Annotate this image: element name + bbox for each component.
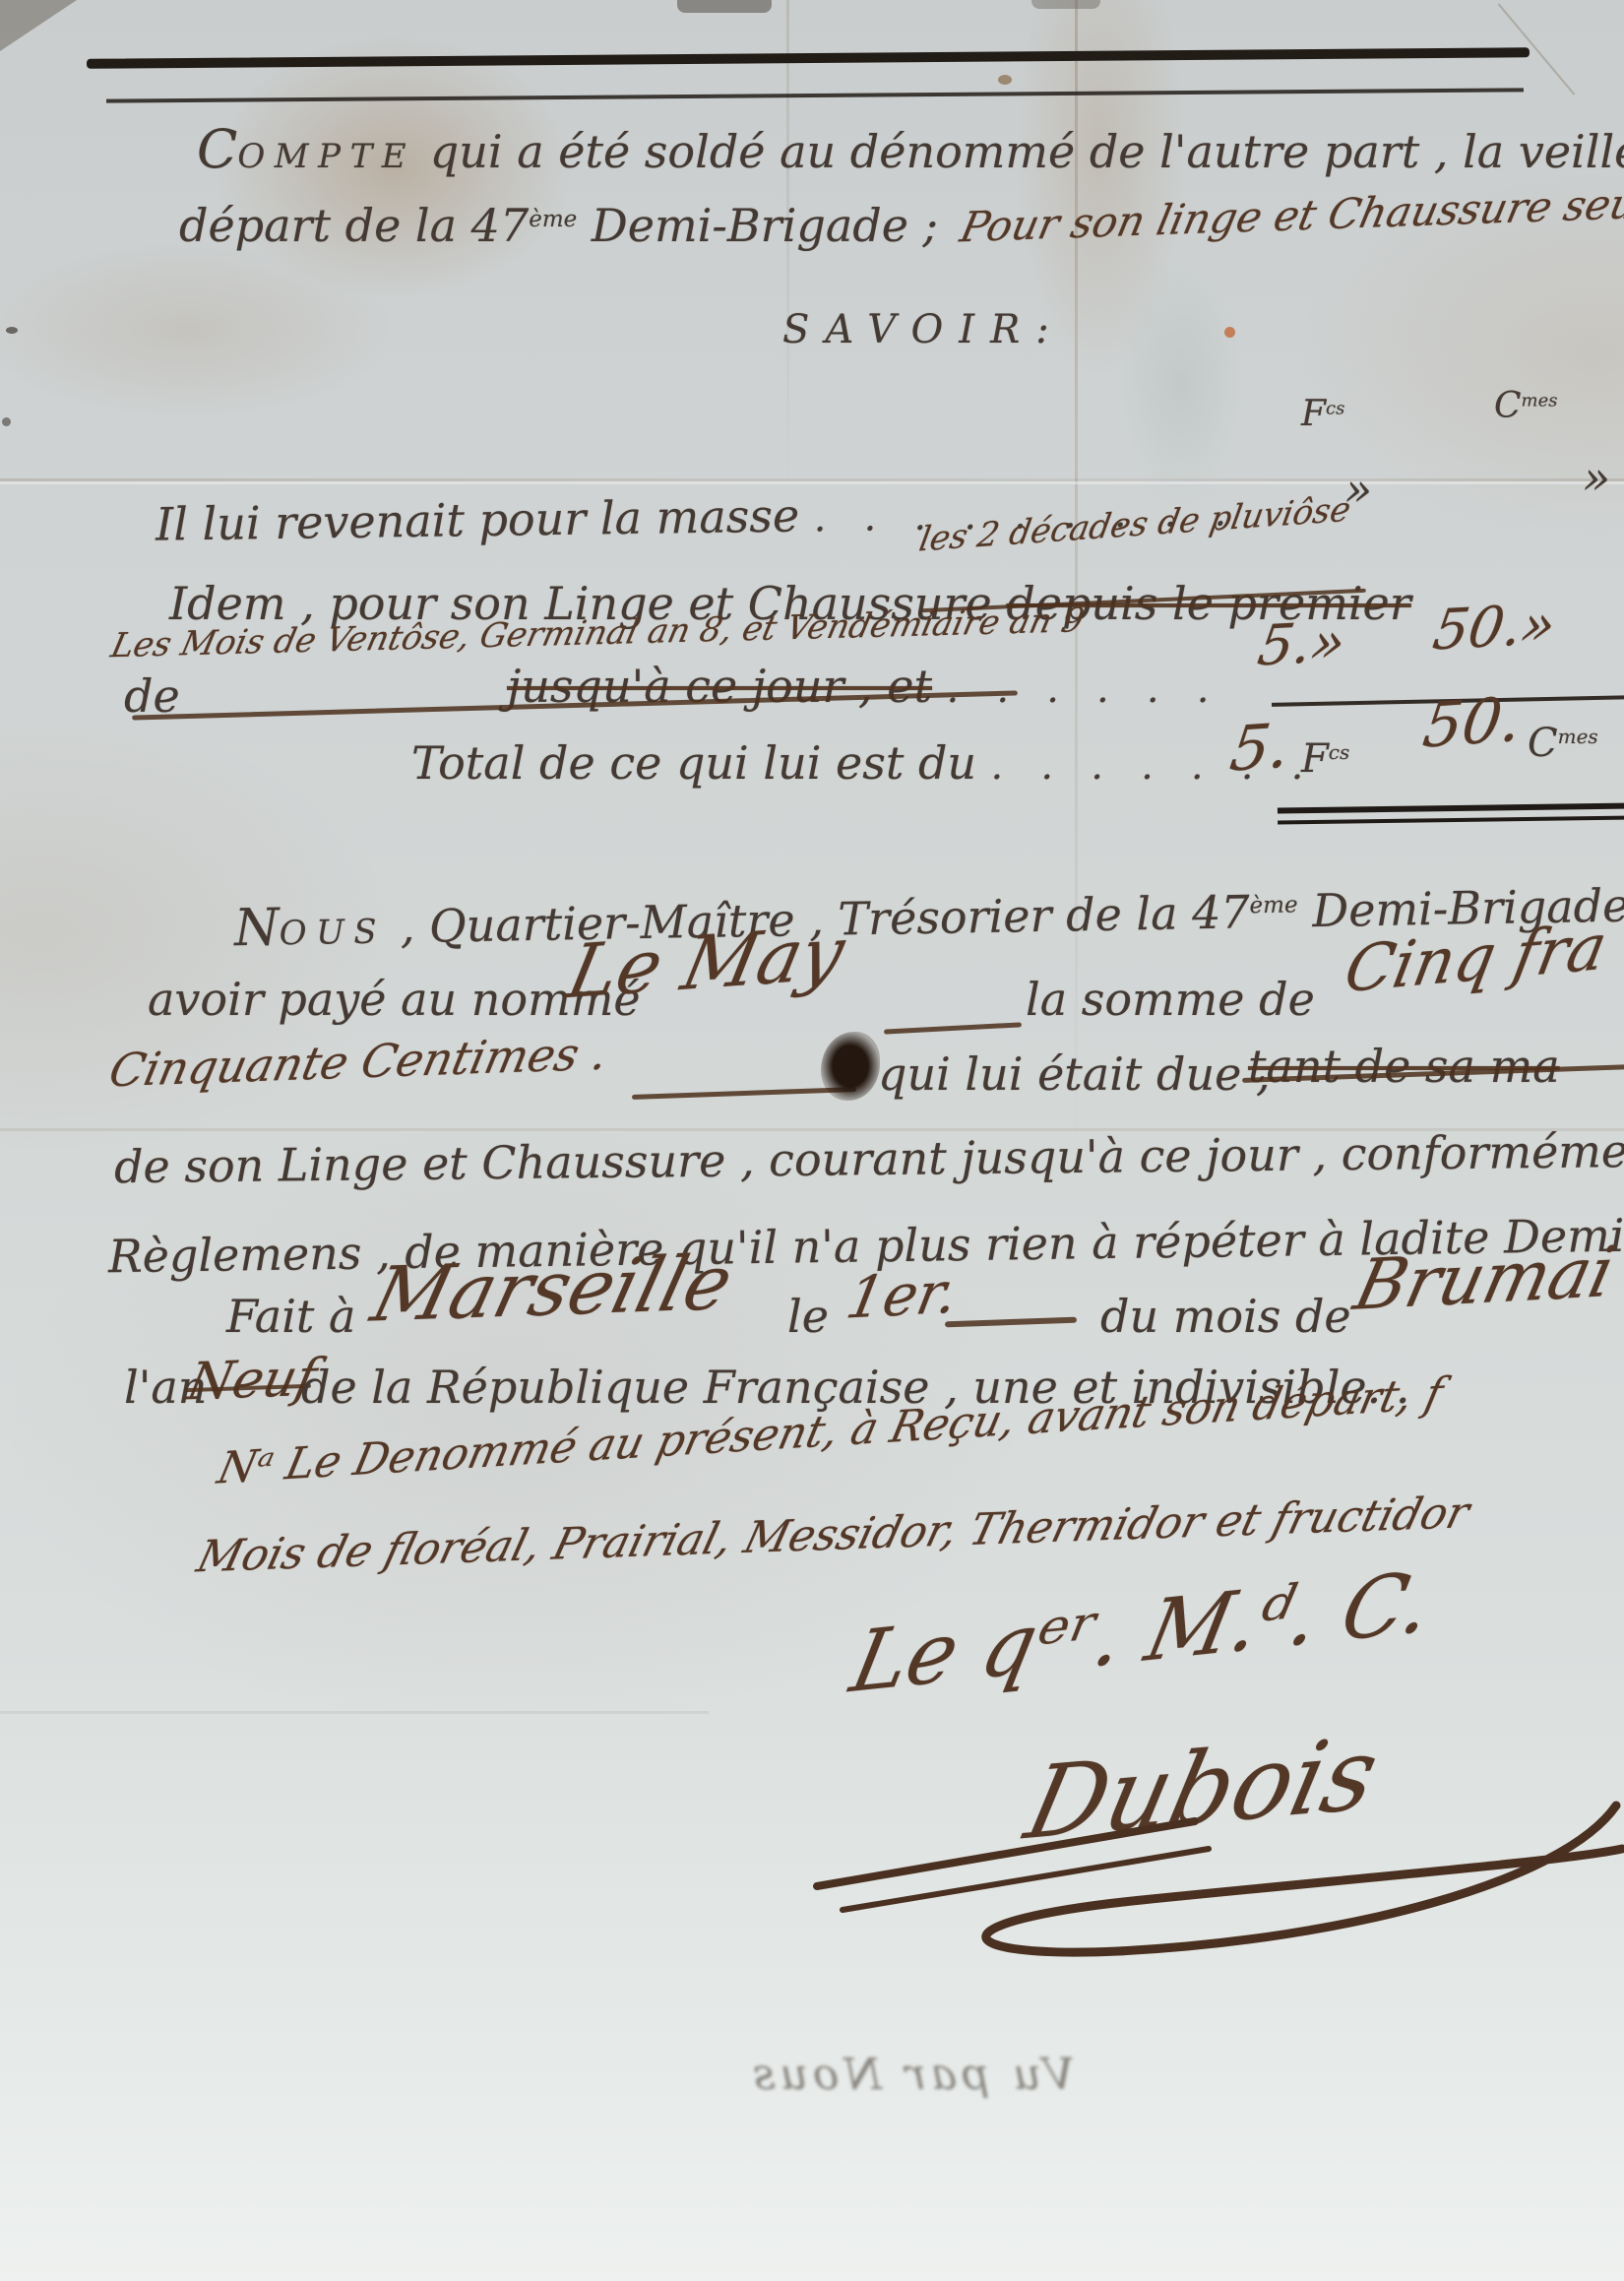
total-francs-unit: Fcs bbox=[1301, 736, 1349, 782]
centimes-header-letter: C bbox=[1494, 386, 1522, 426]
orange-speck bbox=[1224, 327, 1235, 338]
opening-line-1: COMPTE qui a été soldé au dénommé de l'a… bbox=[197, 118, 1624, 180]
ink-dash-after-day bbox=[945, 1317, 1077, 1328]
row-linge-leaders: . . . . . . bbox=[947, 667, 1222, 712]
top-rule-thick bbox=[87, 47, 1530, 69]
total-centimes-unit: Cmes bbox=[1528, 721, 1598, 766]
fold-crease-horizontal-1-highlight bbox=[0, 481, 1624, 484]
column-header-centimes: Cmes bbox=[1494, 386, 1558, 426]
row-total-label: Total de ce qui lui est du . . . . . . . bbox=[411, 736, 1316, 790]
top-rule-thin bbox=[106, 88, 1524, 102]
le-label: le bbox=[787, 1290, 829, 1343]
opening-line-2: départ de la 47ème Demi-Brigade ; Pour s… bbox=[179, 199, 1624, 252]
total-centimes-value: 50. bbox=[1419, 682, 1527, 762]
edge-smudge-top-1 bbox=[677, 0, 772, 13]
brigade-ordinal-sup: ème bbox=[529, 207, 577, 232]
margin-speck-2 bbox=[2, 417, 11, 426]
margin-speck-1 bbox=[6, 327, 18, 334]
edge-smudge-top-2 bbox=[1031, 0, 1100, 9]
total-centimes-unit-letter: C bbox=[1528, 721, 1558, 766]
row-linge-centimes-value: 50.» bbox=[1429, 593, 1561, 664]
row-masse-centimes-value: » bbox=[1583, 451, 1610, 504]
ink-blot bbox=[821, 1032, 880, 1101]
ink-dash-after-amount bbox=[632, 1087, 856, 1100]
handwritten-linge-chaussure-note: Pour son linge et Chaussure seulement bbox=[956, 174, 1624, 251]
hand-month: Brumai bbox=[1347, 1231, 1622, 1326]
nous-ordinal-sup: ème bbox=[1249, 892, 1297, 919]
hand-amount-words-2: Cinquante Centimes . bbox=[104, 1026, 612, 1097]
signature-title: Le qᵉʳ. M.ᵈ. C. bbox=[843, 1552, 1441, 1711]
du-mois-de-label: du mois de bbox=[1100, 1290, 1351, 1343]
nous-lead-cap: N bbox=[234, 898, 281, 958]
opening-line-1-text: qui a été soldé au dénommé de l'autre pa… bbox=[415, 125, 1624, 178]
bleed-through-text: Vu par Nous bbox=[748, 2050, 1075, 2100]
opening-lead-smallcaps: OMPTE bbox=[237, 137, 415, 176]
total-centimes-unit-sup: mes bbox=[1558, 725, 1598, 748]
corner-shadow-top-left bbox=[0, 0, 77, 51]
opening-lead-cap: C bbox=[197, 118, 237, 180]
brown-speck bbox=[998, 75, 1012, 85]
opening-line-2-part1: départ de la 47 bbox=[179, 199, 529, 252]
ink-dash-after-name bbox=[884, 1022, 1022, 1034]
francs-header-sup: cs bbox=[1326, 398, 1344, 418]
hand-place: Marseille bbox=[364, 1237, 742, 1338]
total-francs-unit-sup: cs bbox=[1329, 740, 1349, 764]
total-francs-unit-letter: F bbox=[1301, 736, 1329, 782]
nous-lead-smallcaps: OUS bbox=[279, 913, 386, 954]
due-line: qui lui était due , bbox=[878, 1047, 1271, 1101]
francs-header-letter: F bbox=[1301, 394, 1326, 434]
hand-day: 1er. bbox=[842, 1258, 964, 1332]
row-linge-francs-value: 5.» bbox=[1254, 609, 1350, 678]
document-page: COMPTE qui a été soldé au dénommé de l'a… bbox=[0, 0, 1624, 2281]
row-masse-text: Il lui revenait pour la masse bbox=[156, 489, 800, 551]
column-header-francs: Fcs bbox=[1301, 394, 1344, 434]
savoir-heading: SAVOIR: bbox=[782, 307, 1065, 352]
total-francs-value: 5. bbox=[1226, 709, 1294, 786]
opening-line-2-part2: Demi-Brigade ; bbox=[577, 199, 938, 252]
linge-chaussure-line: de son Linge et Chaussure , courant jusq… bbox=[114, 1124, 1624, 1193]
struck-tant-de-sa: tant de sa ma bbox=[1248, 1040, 1560, 1093]
fold-crease-horizontal-3 bbox=[0, 1711, 709, 1714]
centimes-header-sup: mes bbox=[1522, 390, 1558, 411]
signature-flourish bbox=[787, 1792, 1624, 1979]
fait-a-label: Fait à bbox=[226, 1290, 355, 1343]
row-total-text: Total de ce qui lui est du bbox=[411, 736, 976, 790]
struck-tant-text: tant de sa ma bbox=[1248, 1040, 1560, 1093]
la-somme-de: la somme de bbox=[1026, 973, 1315, 1026]
total-double-rule bbox=[1278, 802, 1624, 824]
